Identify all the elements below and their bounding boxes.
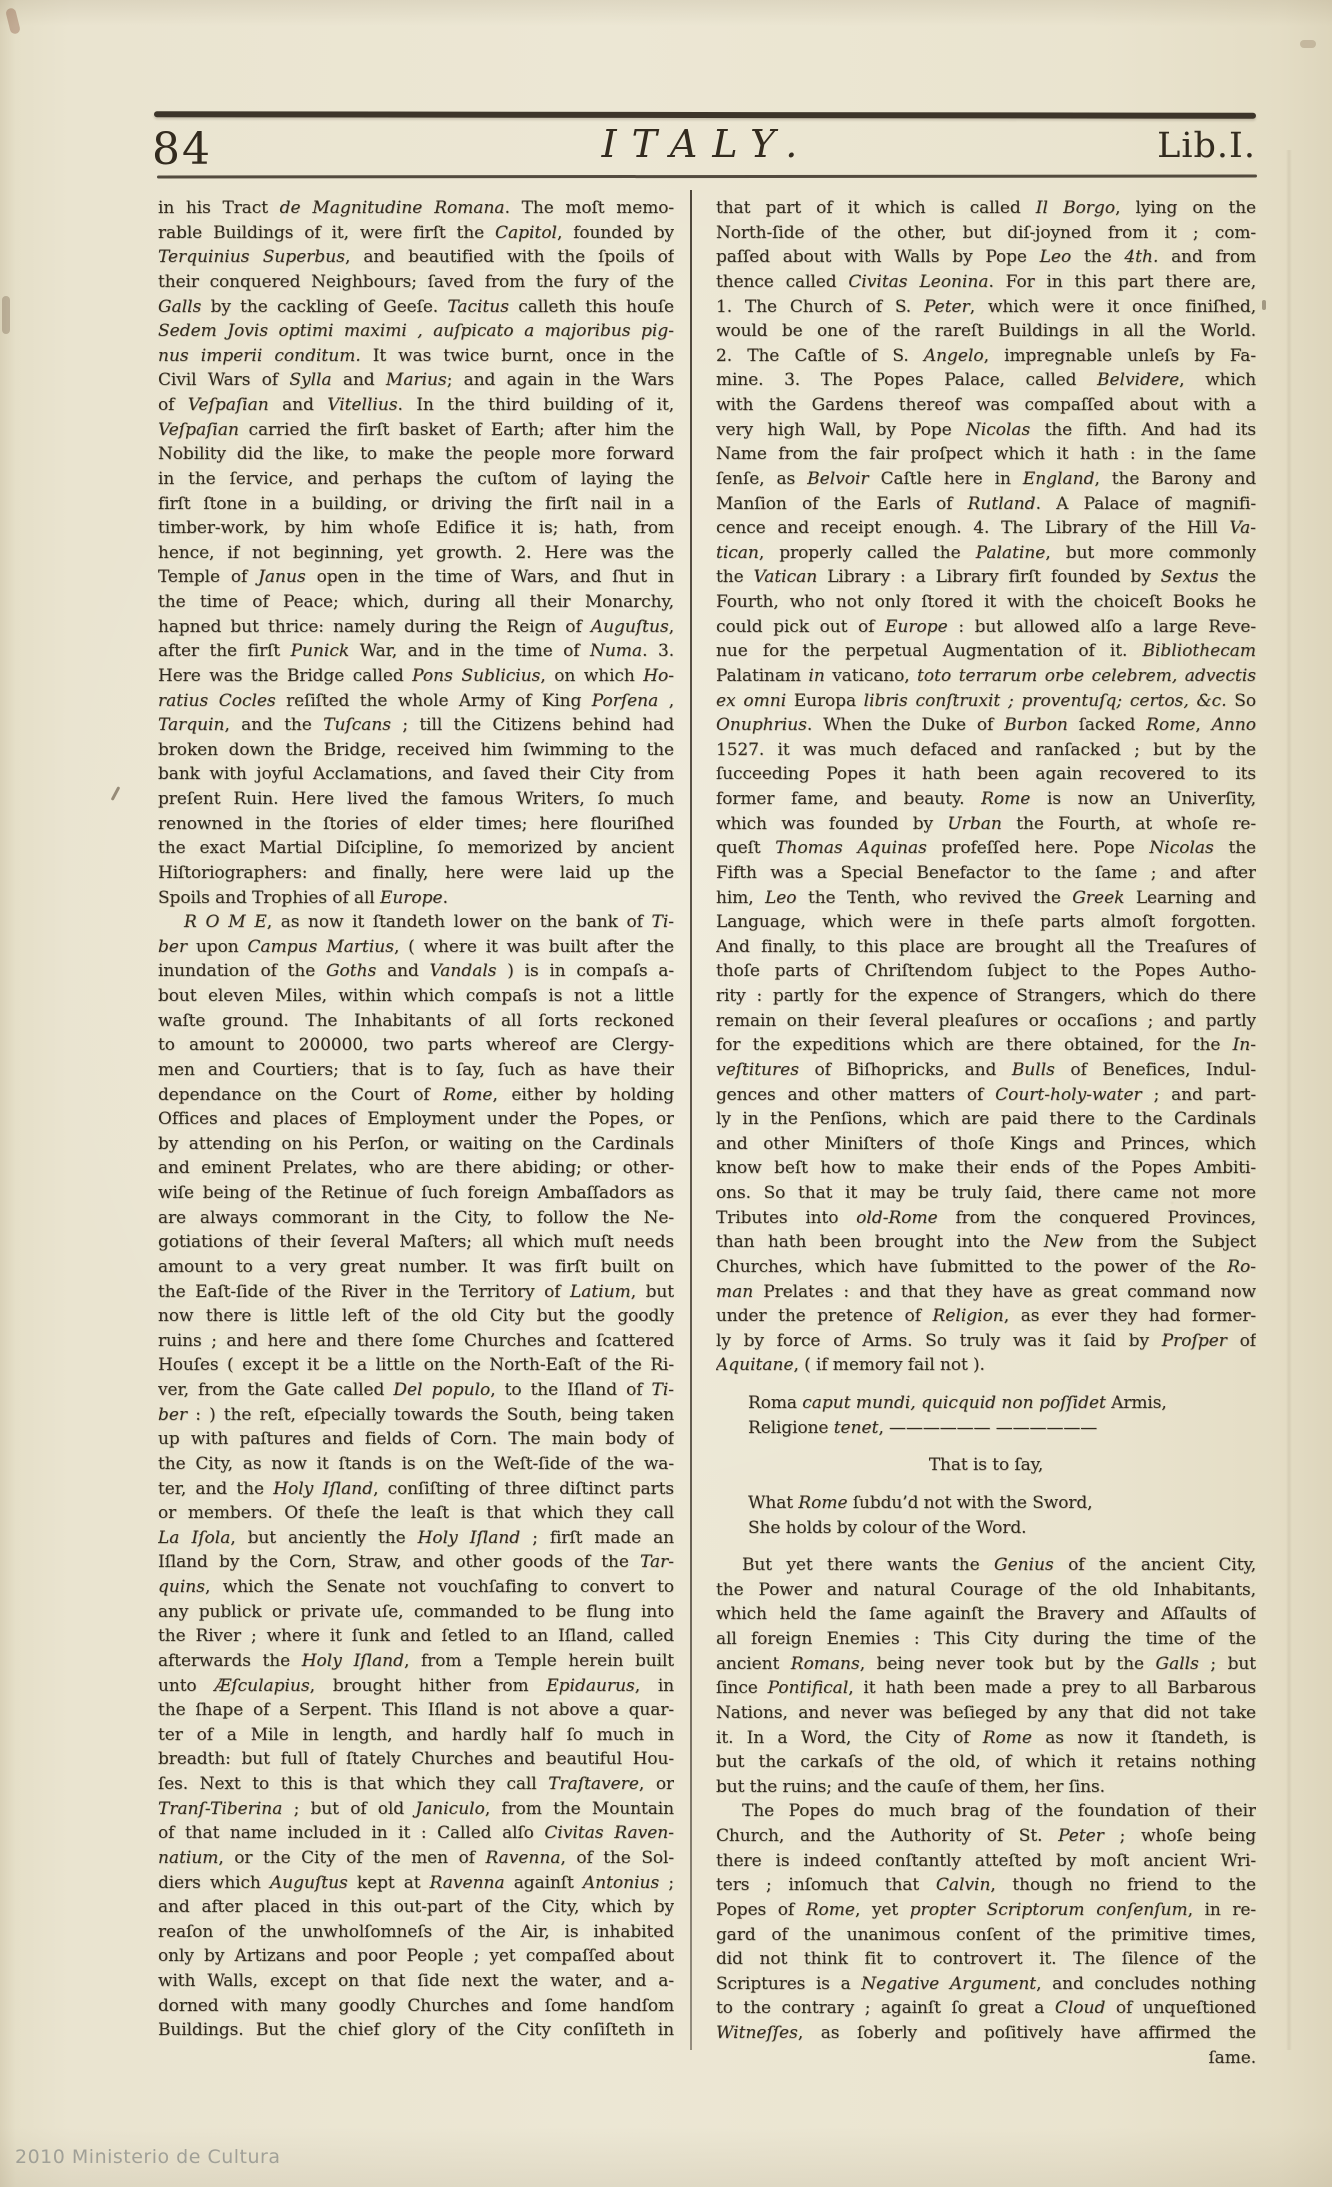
text-line: 2. The Caſtle of S. Angelo, impregnable … <box>716 344 1256 369</box>
book-label: Lib.I. <box>1030 126 1256 166</box>
text-line: timber-work, by him whoſe Edifice it is;… <box>158 516 674 541</box>
text-line: after the firſt Punick War, and in the t… <box>158 639 674 664</box>
text-line: ſame. <box>716 2046 1256 2071</box>
text-line: thence called Civitas Leonina. For in th… <box>716 270 1256 295</box>
header-rule-top <box>154 111 1256 119</box>
header-rule-bottom <box>157 175 1257 179</box>
text-line: Veſpaſian carried the firſt basket of Ea… <box>158 418 674 443</box>
text-line: the Power and natural Courage of the old… <box>716 1578 1256 1603</box>
text-line: ter, and the Holy Iſland, conſiſting of … <box>158 1477 674 1502</box>
text-line: men and Courtiers; that is to ſay, ſuch … <box>158 1058 674 1083</box>
text-line: ter of a Mile in length, and hardly half… <box>158 1723 674 1748</box>
text-line: Terquinius Superbus, and beautified with… <box>158 245 674 270</box>
text-line: ſucceeding Popes it hath been again reco… <box>716 762 1256 787</box>
text-line: Church, and the Authority of St. Peter ;… <box>716 1824 1256 1849</box>
text-line: did not think fit to controvert it. The … <box>716 1947 1256 1972</box>
text-line: ex omni Europa libris conſtruxit ; prove… <box>716 689 1256 714</box>
text-line: remain on their ſeveral pleaſures or occ… <box>716 1009 1256 1034</box>
text-line: the Vatican Library : a Library firſt fo… <box>716 565 1256 590</box>
right-column: that part of it which is called Il Borgo… <box>716 196 1256 2070</box>
text-line: under the pretence of Religion, as ever … <box>716 1304 1256 1329</box>
text-line: ly by force of Arms. So truly was it ſai… <box>716 1329 1256 1354</box>
text-line: dorned with many goodly Churches and ſom… <box>158 1994 674 2019</box>
text-line: Tributes into old-Rome from the conquere… <box>716 1206 1256 1231</box>
text-line: Offices and places of Employment under t… <box>158 1107 674 1132</box>
text-line: And finally, to this place are brought a… <box>716 935 1256 960</box>
text-line: That is to ſay, <box>716 1453 1256 1478</box>
text-line: Language, which were in theſe parts almo… <box>716 910 1256 935</box>
text-line: ons. So that it may be truly ſaid, there… <box>716 1181 1256 1206</box>
text-line: nus imperii conditum. It was twice burnt… <box>158 344 674 369</box>
text-line: Nations, and never was beſieged by any t… <box>716 1701 1256 1726</box>
text-line: any publick or private uſe, commanded to… <box>158 1600 674 1625</box>
text-line: which was founded by Urban the Fourth, a… <box>716 812 1256 837</box>
text-line: ratius Cocles reſiſted the whole Army of… <box>158 689 674 714</box>
text-line: to the contrary ; againſt ſo great a Clo… <box>716 1996 1256 2021</box>
text-line: the River ; where it ſunk and ſetled to … <box>158 1624 674 1649</box>
text-line: Name from the fair proſpect which it hat… <box>716 442 1256 467</box>
line-gap <box>716 1540 1256 1553</box>
pen-mark <box>111 786 121 801</box>
text-line: The Popes do much brag of the foundation… <box>716 1799 1256 1824</box>
text-line: Houſes ( except it be a little on the No… <box>158 1353 674 1378</box>
text-line: nue for the perpetual Augmentation of it… <box>716 639 1256 664</box>
text-line: or members. Of theſe the leaſt is that w… <box>158 1501 674 1526</box>
text-line: ber : ) the reſt, eſpecially towards the… <box>158 1403 674 1428</box>
text-line: Tranſ-Tiberina ; but of old Janiculo, fr… <box>158 1797 674 1822</box>
text-line: Tarquin, and the Tuſcans ; till the Citi… <box>158 713 674 738</box>
text-line: by attending on his Perſon, or waiting o… <box>158 1132 674 1157</box>
text-line: Onuphrius. When the Duke of Burbon ſacke… <box>716 713 1256 738</box>
text-line: ſince Pontifical, it hath been made a pr… <box>716 1676 1256 1701</box>
book-page-scan: 84 ITALY. Lib.I. in his Tract de Magnitu… <box>0 0 1332 2187</box>
text-line: ly in the Penſions, which are paid there… <box>716 1107 1256 1132</box>
text-line: ver, from the Gate called Del populo, to… <box>158 1378 674 1403</box>
text-line: but the carkaſs of the old, of which it … <box>716 1750 1256 1775</box>
text-line: know beſt how to make their ends of the … <box>716 1156 1256 1181</box>
text-line: firſt ſtone in a building, or driving th… <box>158 492 674 517</box>
text-line: mine. 3. The Popes Palace, called Belvid… <box>716 368 1256 393</box>
text-line: Nobility did the like, to make the peopl… <box>158 442 674 467</box>
text-line: 1. The Church of S. Peter, which were it… <box>716 295 1256 320</box>
text-line: and eminent Prelates, who are there abid… <box>158 1156 674 1181</box>
text-line: Galls by the cackling of Geeſe. Tacitus … <box>158 295 674 320</box>
line-gap <box>716 1478 1256 1491</box>
text-line: up with paſtures and fields of Corn. The… <box>158 1427 674 1452</box>
text-line: thoſe parts of Chriſtendom ſubject to th… <box>716 959 1256 984</box>
text-line: Spoils and Trophies of all Europe. <box>158 886 674 911</box>
text-line: ſenſe, as Belvoir Caſtle here in England… <box>716 467 1256 492</box>
text-line: amount to a very great number. It was fi… <box>158 1255 674 1280</box>
text-line: hapned but thrice: namely during the Rei… <box>158 615 674 640</box>
text-line: that part of it which is called Il Borgo… <box>716 196 1256 221</box>
text-line: Witneſſes, as ſoberly and poſitively hav… <box>716 2021 1256 2046</box>
text-line: Sedem Jovis optimi maximi , auſpicato a … <box>158 319 674 344</box>
text-line: in his Tract de Magnitudine Romana. The … <box>158 196 674 221</box>
text-line: in the ſervice, and perhaps the cuſtom o… <box>158 467 674 492</box>
text-line: tican, properly called the Palatine, but… <box>716 541 1256 566</box>
text-line: Palatinam in vaticano, toto terrarum orb… <box>716 664 1256 689</box>
text-line: Fifth was a Special Benefactor to the ſa… <box>716 861 1256 886</box>
text-line: inundation of the Goths and Vandals ) is… <box>158 959 674 984</box>
text-line: Religione tenet, —————— —————— <box>748 1416 1256 1441</box>
text-line: the City, as now it ſtands is on the Weſ… <box>158 1452 674 1477</box>
text-line: Popes of Rome, yet propter Scriptorum co… <box>716 1898 1256 1923</box>
text-line: gard of the unanimous conſent of the pri… <box>716 1923 1256 1948</box>
text-line: unto Æſculapius, brought hither from Epi… <box>158 1674 674 1699</box>
text-line: gotiations of their ſeveral Maſters; all… <box>158 1230 674 1255</box>
ink-smudge <box>5 7 21 35</box>
text-line: only by Artizans and poor People ; yet c… <box>158 1944 674 1969</box>
text-line: Manſion of the Earls of Rutland. A Palac… <box>716 492 1256 517</box>
text-line: Here was the Bridge called Pons Subliciu… <box>158 664 674 689</box>
text-line: ber upon Campus Martius, ( where it was … <box>158 935 674 960</box>
text-line: very high Wall, by Pope Nicolas the fift… <box>716 418 1256 443</box>
text-line: preſent Ruin. Here lived the famous Writ… <box>158 787 674 812</box>
text-line: Roma caput mundi, quicquid non poſſidet … <box>748 1391 1256 1416</box>
text-line: rity : partly for the expence of Strange… <box>716 984 1256 1009</box>
text-line: wiſe being of the Retinue of ſuch foreig… <box>158 1181 674 1206</box>
text-line: natium, or the City of the men of Ravenn… <box>158 1846 674 1871</box>
text-line: which held the ſame againſt the Bravery … <box>716 1602 1256 1627</box>
text-line: waſte ground. The Inhabitants of all ſor… <box>158 1009 674 1034</box>
text-line: the exact Martial Diſcipline, ſo memoriz… <box>158 836 674 861</box>
ink-smudge <box>2 296 10 334</box>
text-line: Fourth, who not only ſtored it with the … <box>716 590 1256 615</box>
text-line: to amount to 200000, two parts whereof a… <box>158 1033 674 1058</box>
library-watermark: 2010 Ministerio de Cultura <box>15 2146 281 2168</box>
text-line: him, Leo the Tenth, who revived the Gree… <box>716 886 1256 911</box>
text-line: are always commorant in the City, to fol… <box>158 1206 674 1231</box>
text-line: 1527. it was much defaced and ranſacked … <box>716 738 1256 763</box>
text-line: North-ſide of the other, but diſ-joyned … <box>716 221 1256 246</box>
text-line: of that name included in it : Called alſ… <box>158 1821 674 1846</box>
text-line: Civil Wars of Sylla and Marius; and agai… <box>158 368 674 393</box>
text-line: with the Gardens thereof was compaſſed a… <box>716 393 1256 418</box>
text-line: Churches, which have ſubmitted to the po… <box>716 1255 1256 1280</box>
text-line: but the ruins; and the cauſe of them, he… <box>716 1775 1256 1800</box>
text-line: now there is little left of the old City… <box>158 1304 674 1329</box>
text-line: diers which Auguſtus kept at Ravenna aga… <box>158 1871 674 1896</box>
text-line: ruins ; and here and there ſome Churches… <box>158 1329 674 1354</box>
text-line: reaſon of the unwholſomneſs of the Air, … <box>158 1920 674 1945</box>
text-line: ſes. Next to this is that which they cal… <box>158 1772 674 1797</box>
left-column: in his Tract de Magnitudine Romana. The … <box>158 196 674 2043</box>
text-line: Buildings. But the chief glory of the Ci… <box>158 2018 674 2043</box>
text-line: paſſed about with Walls by Pope Leo the … <box>716 245 1256 270</box>
text-line: Scriptures is a Negative Argument, and c… <box>716 1972 1256 1997</box>
text-line: bout eleven Miles, within which compaſs … <box>158 984 674 1009</box>
text-line: former fame, and beauty. Rome is now an … <box>716 787 1256 812</box>
text-line: queſt Thomas Aquinas profeſſed here. Pop… <box>716 836 1256 861</box>
text-line: She holds by colour of the Word. <box>748 1516 1256 1541</box>
text-line: bank with joyful Acclamations, and ſaved… <box>158 762 674 787</box>
text-line: and after placed in this out-part of the… <box>158 1895 674 1920</box>
text-line: veſtitures of Biſhopricks, and Bulls of … <box>716 1058 1256 1083</box>
text-line: La Iſola, but anciently the Holy Iſland … <box>158 1526 674 1551</box>
line-gap <box>716 1440 1256 1453</box>
text-line: R O M E, as now it ſtandeth lower on the… <box>158 910 674 935</box>
text-line: breadth: but full of ſtately Churches an… <box>158 1747 674 1772</box>
text-line: man Prelates : and that they have as gre… <box>716 1280 1256 1305</box>
text-line: than hath been brought into the New from… <box>716 1230 1256 1255</box>
text-line: What Rome ſubdu’d not with the Sword, <box>748 1491 1256 1516</box>
text-line: afterwards the Holy Iſland, from a Templ… <box>158 1649 674 1674</box>
text-line: Iſland by the Corn, Straw, and other goo… <box>158 1550 674 1575</box>
line-gap <box>716 1378 1256 1391</box>
text-line: the time of Peace; which, during all the… <box>158 590 674 615</box>
ink-speck <box>1262 300 1266 310</box>
text-line: quins, which the Senate not vouchſafing … <box>158 1575 674 1600</box>
text-line: all foreign Enemies : This City during t… <box>716 1627 1256 1652</box>
text-line: would be one of the rareſt Buildings in … <box>716 319 1256 344</box>
column-divider-rule <box>690 190 692 2050</box>
text-line: it. In a Word, the City of Rome as now i… <box>716 1726 1256 1751</box>
text-line: the Eaſt-ſide of the River in the Territ… <box>158 1280 674 1305</box>
text-line: broken down the Bridge, received him ſwi… <box>158 738 674 763</box>
text-line: cence and receipt enough. 4. The Library… <box>716 516 1256 541</box>
text-line: Temple of Janus open in the time of Wars… <box>158 565 674 590</box>
text-line: the ſhape of a Serpent. This Iſland is n… <box>158 1698 674 1723</box>
text-line: rable Buildings of it, were firſt the Ca… <box>158 221 674 246</box>
text-line: and other Miniſters of thoſe Kings and P… <box>716 1132 1256 1157</box>
text-line: hence, if not beginning, yet growth. 2. … <box>158 541 674 566</box>
text-line: there is indeed conſtantly atteſted by m… <box>716 1849 1256 1874</box>
page-crease <box>1286 150 1292 2050</box>
text-line: gences and other matters of Court-holy-w… <box>716 1083 1256 1108</box>
text-line: Hiſtoriographers: and finally, here were… <box>158 861 674 886</box>
text-line: But yet there wants the Genius of the an… <box>716 1553 1256 1578</box>
text-line: could pick out of Europe : but allowed a… <box>716 615 1256 640</box>
text-line: ters ; inſomuch that Calvin, though no f… <box>716 1873 1256 1898</box>
text-line: with Walls, except on that ſide next the… <box>158 1969 674 1994</box>
text-line: for the expeditions which are there obta… <box>716 1033 1256 1058</box>
text-line: ancient Romans, being never took but by … <box>716 1652 1256 1677</box>
text-line: renowned in the ſtories of elder times; … <box>158 812 674 837</box>
text-line: dependance on the Court of Rome, either … <box>158 1083 674 1108</box>
text-line: of Veſpaſian and Vitellius. In the third… <box>158 393 674 418</box>
text-line: their conquered Neighbours; ſaved from t… <box>158 270 674 295</box>
text-line: Aquitane, ( if memory fail not ). <box>716 1353 1256 1378</box>
ink-smudge <box>1300 40 1316 48</box>
